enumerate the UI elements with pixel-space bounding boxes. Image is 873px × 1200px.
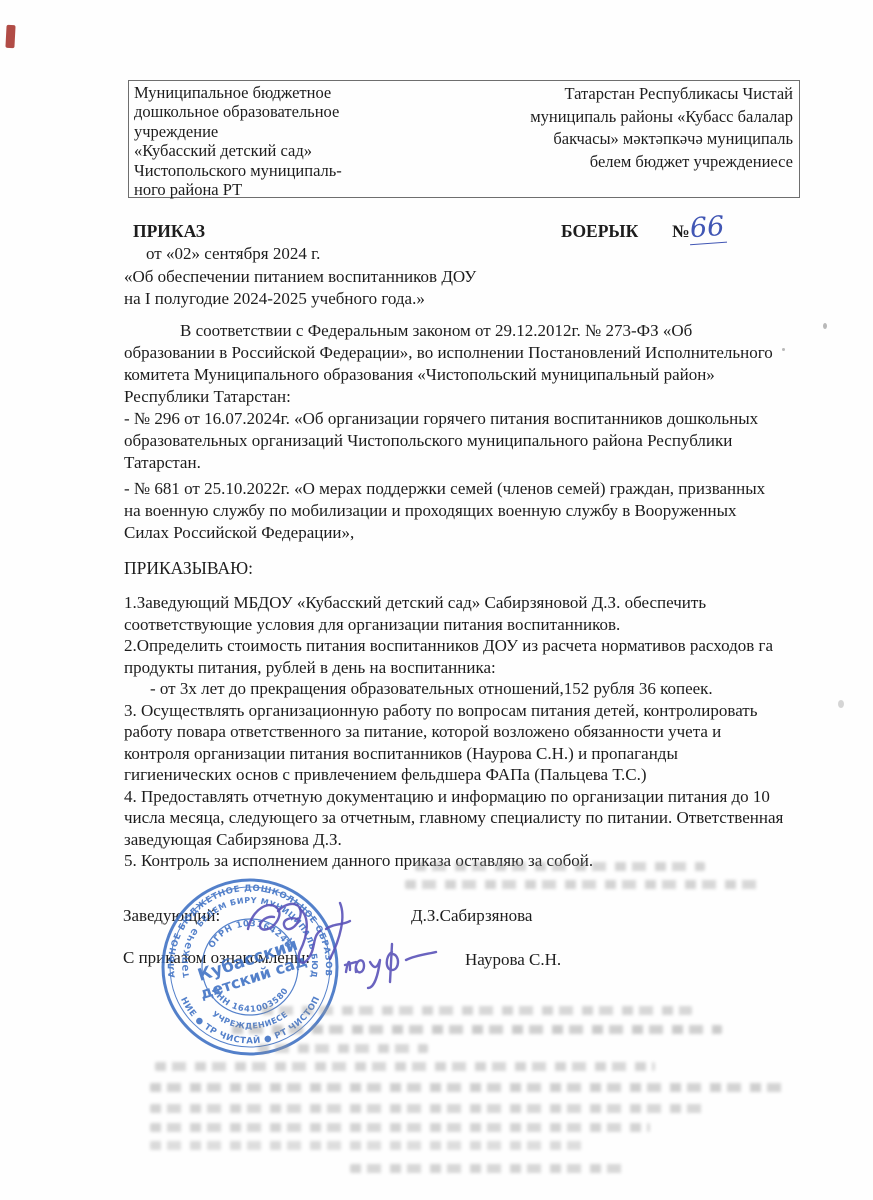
order-number-sign: № [672,221,690,242]
scan-speck [838,700,844,708]
item-line: 3. Осуществлять организационную работу п… [124,700,824,722]
reference-paragraph: - № 681 от 25.10.2022г. «О мерах поддерж… [124,478,824,544]
letterhead-line: бакчасы» мәктәпкәчә муниципаль [453,128,793,151]
order-subject: «Об обеспечении питанием воспитанников Д… [124,266,684,310]
item-line: 1.Заведующий МБДОУ «Кубасский детский са… [124,592,824,614]
letterhead-line: учреждение [134,122,444,141]
order-title-ru: ПРИКАЗ [133,221,205,242]
bleed-through-smudge [232,1025,722,1034]
body-line: на военную службу по мобилизации и прохо… [124,500,824,522]
bleed-through-smudge [150,1141,590,1150]
body-line: образовательных организаций Чистопольско… [124,430,824,452]
item-line: работу повара ответственного за питание,… [124,721,824,743]
red-scan-artifact [5,25,15,48]
item-line: гигиенических основ с привлечением фельд… [124,764,824,786]
preamble-paragraph: В соответствии с Федеральным законом от … [124,320,824,474]
letterhead-line: Татарстан Республикасы Чистай [453,83,793,106]
body-line: Республики Татарстан: [124,386,824,408]
item-line: 4. Предоставлять отчетную документацию и… [124,786,824,808]
ack-handwritten-signature [340,938,460,996]
acknowledged-name: Наурова С.Н. [465,950,561,970]
bleed-through-smudge [150,1083,790,1092]
order-items: 1.Заведующий МБДОУ «Кубасский детский са… [124,592,824,872]
body-line: - № 681 от 25.10.2022г. «О мерах поддерж… [124,478,824,500]
bleed-through-smudge [258,1044,428,1053]
letterhead-tatar: Татарстан Республикасы Чистай муниципаль… [453,83,793,173]
order-date: от «02» сентября 2024 г. [146,244,320,264]
body-line: - № 296 от 16.07.2024г. «Об организации … [124,408,824,430]
scan-speck [823,323,827,329]
letterhead-line: Муниципальное бюджетное [134,83,444,102]
bleed-through-smudge [150,1123,650,1132]
body-line: Татарстан. [124,452,824,474]
bleed-through-smudge [262,1006,692,1015]
item-line: продукты питания, рублей в день на воспи… [124,657,824,679]
item-line: заведующая Сабирзянова Д.З. [124,829,824,851]
body-line: В соответствии с Федеральным законом от … [124,320,824,342]
letterhead-line: «Кубасский детский сад» [134,141,444,160]
bleed-through-smudge [405,880,765,889]
item-line: - от 3х лет до прекращения образовательн… [124,678,824,700]
letterhead-box: Муниципальное бюджетное дошкольное образ… [128,80,800,198]
letterhead-line: дошкольное образовательное [134,102,444,121]
subject-line: на I полугодие 2024-2025 учебного года.» [124,288,684,310]
head-signature-name: Д.З.Сабирзянова [411,906,532,926]
subject-line: «Об обеспечении питанием воспитанников Д… [124,266,684,288]
bleed-through-smudge [415,862,705,871]
letterhead-line: Чистопольского муниципаль- [134,161,444,180]
body-line: комитета Муниципального образования «Чис… [124,364,824,386]
letterhead-line: ного района РТ [134,180,444,199]
letterhead-line: белем бюджет учреждениесе [453,151,793,174]
scanned-order-document: Муниципальное бюджетное дошкольное образ… [0,0,873,1200]
decree-word: ПРИКАЗЫВАЮ: [124,558,824,579]
bleed-through-smudge [350,1164,630,1173]
item-line: числа месяца, следующего за отчетным, гл… [124,807,824,829]
item-line: контроля организации питания воспитанник… [124,743,824,765]
order-title-row: ПРИКАЗ БОЕРЫК № 66 [0,221,873,251]
letterhead-russian: Муниципальное бюджетное дошкольное образ… [134,83,444,199]
body-line: образовании в Российской Федерации», во … [124,342,824,364]
item-line: 2.Определить стоимость питания воспитанн… [124,635,824,657]
bleed-through-smudge [155,1062,655,1071]
bleed-through-smudge [150,1104,710,1113]
order-title-tt: БОЕРЫК [561,221,638,242]
order-number-handwritten: 66 [688,212,727,246]
item-line: соответствующие условия для организации … [124,614,824,636]
body-line: Силах Российской Федерации», [124,522,824,544]
letterhead-line: муниципаль районы «Кубасс балалар [453,106,793,129]
scan-speck [782,348,785,351]
